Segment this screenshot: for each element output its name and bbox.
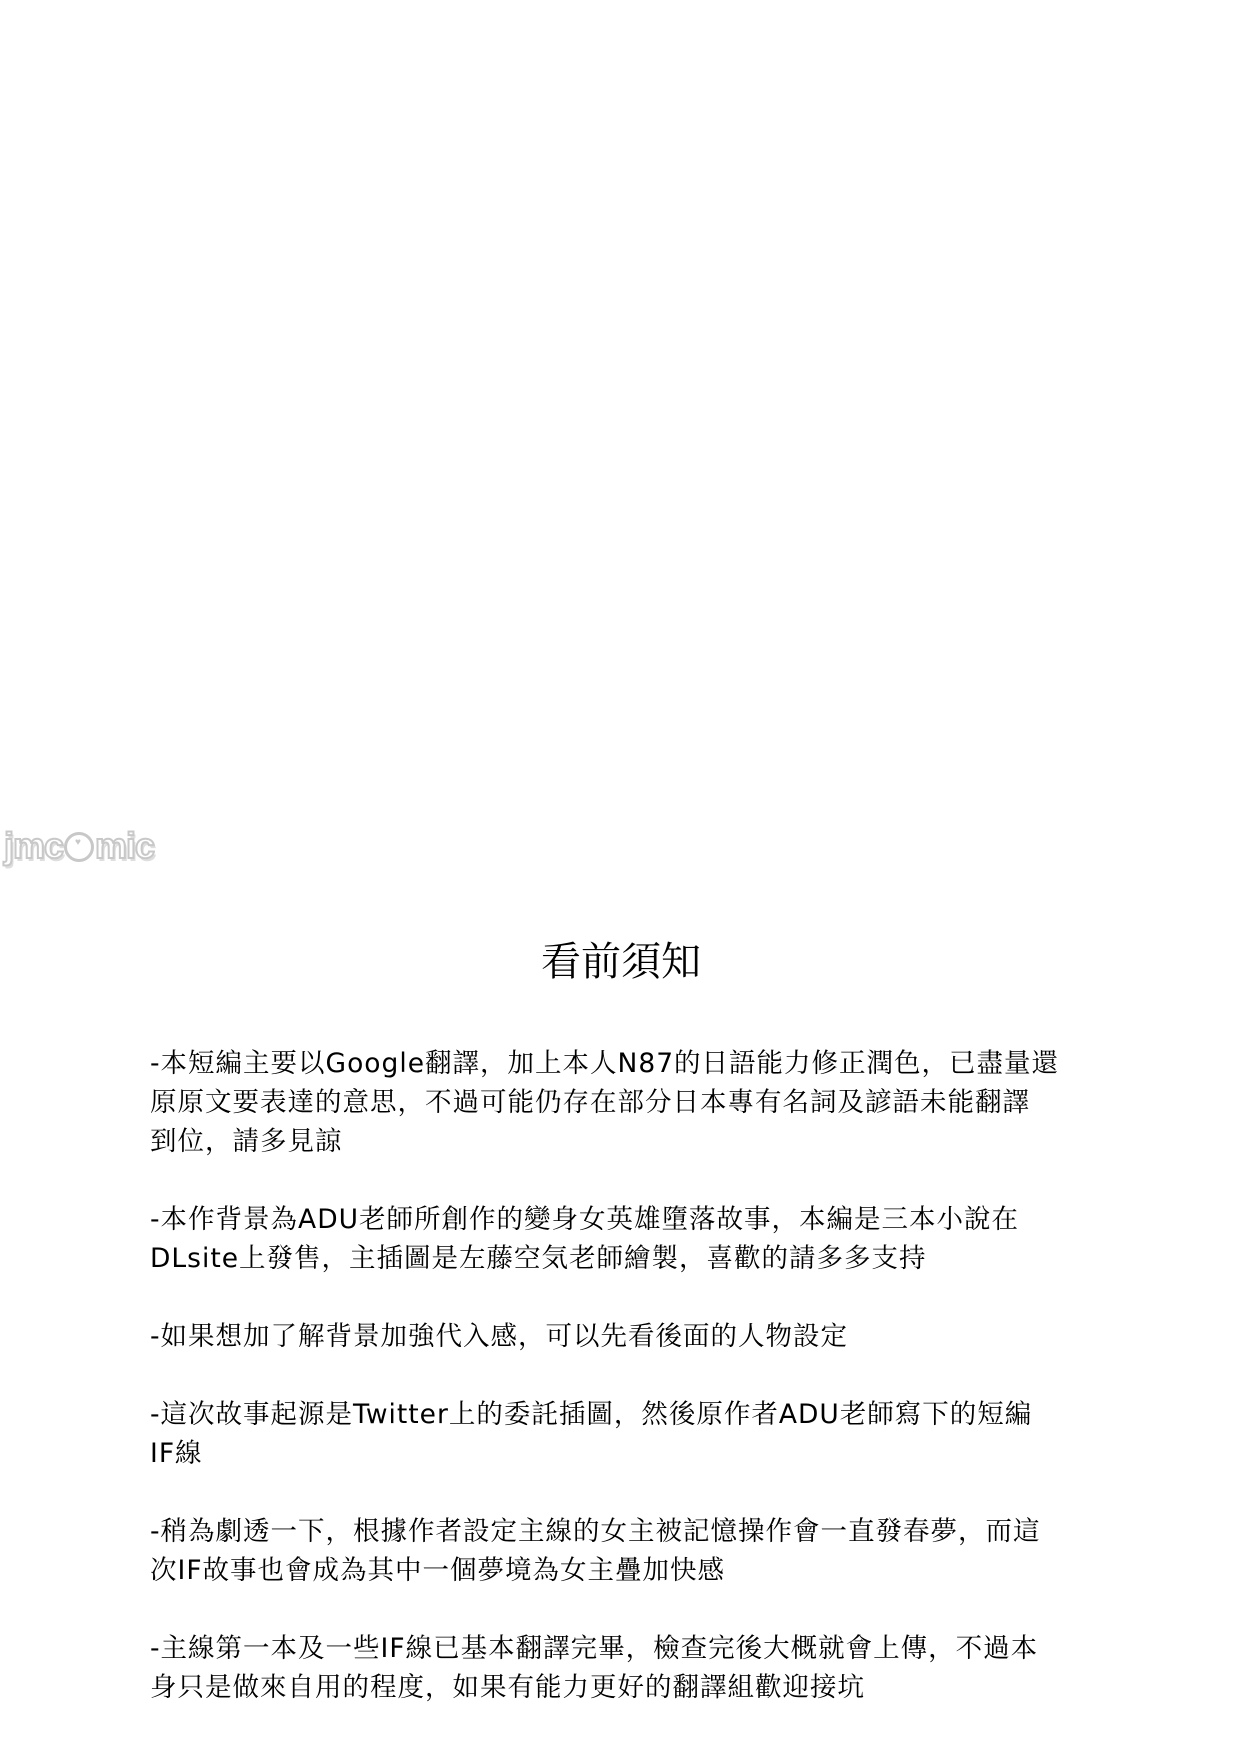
notice-paragraph-story-origin: -這次故事起源是Twitter上的委託插圖，然後原作者ADU老師寫下的短編 IF… [150,1395,1100,1473]
paragraph-line: -主線第一本及一些IF線已基本翻譯完畢，檢查完後大概就會上傳，不過本 [150,1629,1100,1668]
notice-paragraph-character-settings: -如果想加了解背景加強代入感，可以先看後面的人物設定 [150,1317,1100,1356]
watermark-text-left: jmc [4,825,63,866]
paragraph-line: 到位，請多見諒 [150,1122,1100,1161]
notice-paragraph-translation: -本短編主要以Google翻譯，加上本人N87的日語能力修正潤色，已盡量還 原原… [150,1044,1100,1161]
notice-paragraph-translation-progress: -主線第一本及一些IF線已基本翻譯完畢，檢查完後大概就會上傳，不過本 身只是做來… [150,1629,1100,1707]
paragraph-line: 身只是做來自用的程度，如果有能力更好的翻譯組歡迎接坑 [150,1668,1100,1707]
paragraph-line: 次IF故事也會成為其中一個夢境為女主疊加快感 [150,1551,1100,1590]
mascot-face-icon [64,832,94,862]
notice-paragraph-background: -本作背景為ADU老師所創作的變身女英雄墮落故事，本編是三本小說在 DLsite… [150,1200,1100,1278]
watermark-text-right: mic [95,825,154,866]
paragraph-line: IF線 [150,1434,1100,1473]
paragraph-line: -本作背景為ADU老師所創作的變身女英雄墮落故事，本編是三本小說在 [150,1200,1100,1239]
paragraph-line: DLsite上發售，主插圖是左藤空気老師繪製，喜歡的請多多支持 [150,1239,1100,1278]
paragraph-line: -稍為劇透一下，根據作者設定主線的女主被記憶操作會一直發春夢，而這 [150,1512,1100,1551]
paragraph-line: -如果想加了解背景加強代入感，可以先看後面的人物設定 [150,1317,1100,1356]
jmcomic-watermark-logo: jmcmic [4,828,154,864]
paragraph-line: -這次故事起源是Twitter上的委託插圖，然後原作者ADU老師寫下的短編 [150,1395,1100,1434]
paragraph-line: 原原文要表達的意思，不過可能仍存在部分日本專有名詞及諺語未能翻譯 [150,1083,1100,1122]
paragraph-line: -本短編主要以Google翻譯，加上本人N87的日語能力修正潤色，已盡量還 [150,1044,1100,1083]
page-title: 看前須知 [0,936,1242,988]
notice-paragraph-spoiler: -稍為劇透一下，根據作者設定主線的女主被記憶操作會一直發春夢，而這 次IF故事也… [150,1512,1100,1590]
